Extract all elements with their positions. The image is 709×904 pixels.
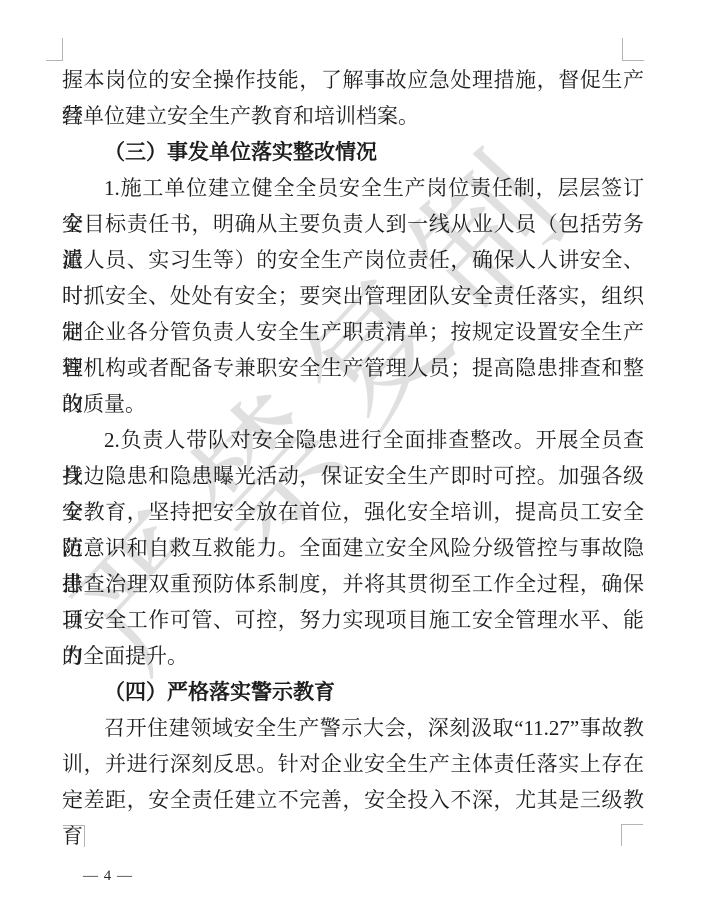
page-number: — 4 — <box>83 868 133 885</box>
text-line: 的质量。 <box>62 386 644 422</box>
text-line: 时抓安全、处处有安全；要突出管理团队安全责任落实，组织制 <box>62 278 644 314</box>
text-line: 的全面提升。 <box>62 638 644 674</box>
text-line: 定企业各分管负责人安全生产职责清单；按规定设置安全生产管 <box>62 314 644 350</box>
text-line: 2.负责人带队对安全隐患进行全面排查整改。开展全员查找 <box>62 422 644 458</box>
section-heading: （三）事发单位落实整改情况 <box>62 134 644 170</box>
text-line: 排查治理双重预防体系制度，并将其贯彻至工作全过程，确保项 <box>62 566 644 602</box>
crop-mark-bottom-right <box>621 824 643 846</box>
document-body: 握本岗位的安全操作技能，了解事故应急处理措施，督促生产经营单位建立安全生产教育和… <box>62 0 644 818</box>
text-line: 定差距，安全责任建立不完善，安全投入不深，尤其是三级教育 <box>62 782 644 818</box>
text-line: 1.施工单位建立健全全员安全生产岗位责任制，层层签订安 <box>62 170 644 206</box>
crop-mark-top-left <box>46 38 63 61</box>
text-line: 全目标责任书，明确从主要负责人到一线从业人员（包括劳务派 <box>62 206 644 242</box>
text-line: 握本岗位的安全操作技能，了解事故应急处理措施，督促生产经 <box>62 62 644 98</box>
text-line: 目安全工作可管、可控，努力实现项目施工安全管理水平、能力 <box>62 602 644 638</box>
text-line: 营单位建立安全生产教育和培训档案。 <box>62 98 644 134</box>
text-line: 召开住建领域安全生产警示大会，深刻汲取“11.27”事故教 <box>62 710 644 746</box>
text-line: 身边隐患和隐患曝光活动，保证安全生产即时可控。加强各级安 <box>62 458 644 494</box>
text-line: 训，并进行深刻反思。针对企业安全生产主体责任落实上存在一 <box>62 746 644 782</box>
text-line: 范意识和自救互救能力。全面建立安全风险分级管控与事故隐患 <box>62 530 644 566</box>
text-line: 遣人员、实习生等）的安全生产岗位责任，确保人人讲安全、时 <box>62 242 644 278</box>
text-line: 理机构或者配备专兼职安全生产管理人员；提高隐患排查和整改 <box>62 350 644 386</box>
text-line: 全教育，坚持把安全放在首位，强化安全培训，提高员工安全防 <box>62 494 644 530</box>
document-page: 严禁复制 握本岗位的安全操作技能，了解事故应急处理措施，督促生产经营单位建立安全… <box>0 0 709 904</box>
section-heading: （四）严格落实警示教育 <box>62 674 644 710</box>
